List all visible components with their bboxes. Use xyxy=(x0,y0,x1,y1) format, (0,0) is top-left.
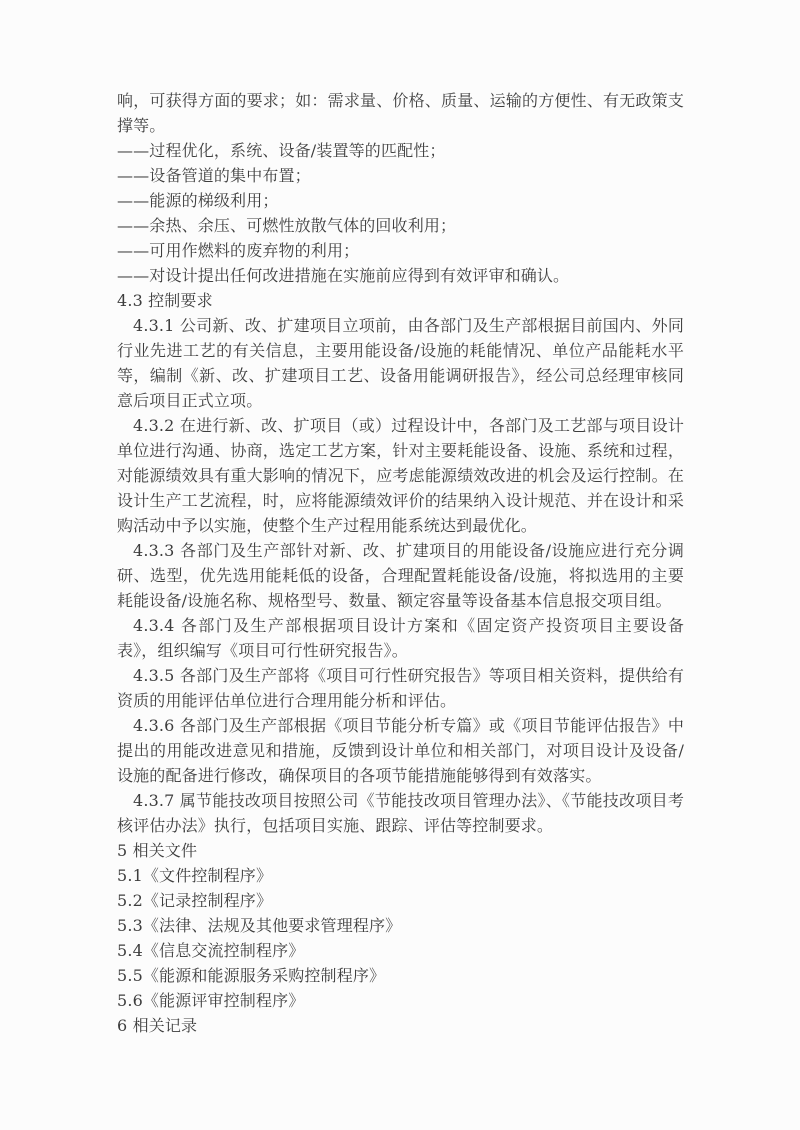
reference-item: 5.3《法律、法规及其他要求管理程序》 xyxy=(117,913,684,938)
numbered-paragraph: 4.3.6 各部门及生产部根据《项目节能分析专篇》或《项目节能评估报告》中提出的… xyxy=(117,713,684,788)
dash-list-item: ——能源的梯级利用； xyxy=(117,188,684,213)
document-page: 响，可获得方面的要求；如：需求量、价格、质量、运输的方便性、有无政策支撑等。——… xyxy=(0,0,800,1130)
dash-list-item: ——设备管道的集中布置； xyxy=(117,163,684,188)
dash-list-item: ——余热、余压、可燃性放散气体的回收利用； xyxy=(117,213,684,238)
numbered-paragraph: 4.3.7 属节能技改项目按照公司《节能技改项目管理办法》、《节能技改项目考核评… xyxy=(117,788,684,838)
numbered-paragraph: 4.3.4 各部门及生产部根据项目设计方案和《固定资产投资项目主要设备表》，组织… xyxy=(117,613,684,663)
reference-item: 5.4《信息交流控制程序》 xyxy=(117,938,684,963)
dash-list-item: ——对设计提出任何改进措施在实施前应得到有效评审和确认。 xyxy=(117,263,684,288)
numbered-paragraph: 4.3.5 各部门及生产部将《项目可行性研究报告》等项目相关资料，提供给有资质的… xyxy=(117,663,684,713)
numbered-paragraph: 4.3.1 公司新、改、扩建项目立项前，由各部门及生产部根据目前国内、外同行业先… xyxy=(117,313,684,413)
reference-item: 5.1《文件控制程序》 xyxy=(117,863,684,888)
dash-list-item: ——可用作燃料的废弃物的利用； xyxy=(117,238,684,263)
section-heading: 6 相关记录 xyxy=(117,1013,684,1038)
reference-item: 5.6《能源评审控制程序》 xyxy=(117,988,684,1013)
numbered-paragraph: 4.3.2 在进行新、改、扩项目（或）过程设计中，各部门及工艺部与项目设计单位进… xyxy=(117,413,684,538)
paragraph-continuation: 响，可获得方面的要求；如：需求量、价格、质量、运输的方便性、有无政策支撑等。 xyxy=(117,88,684,138)
reference-item: 5.2《记录控制程序》 xyxy=(117,888,684,913)
reference-item: 5.5《能源和能源服务采购控制程序》 xyxy=(117,963,684,988)
document-body: 响，可获得方面的要求；如：需求量、价格、质量、运输的方便性、有无政策支撑等。——… xyxy=(117,88,684,1038)
numbered-paragraph: 4.3.3 各部门及生产部针对新、改、扩建项目的用能设备/设施应进行充分调研、选… xyxy=(117,538,684,613)
dash-list-item: ——过程优化，系统、设备/装置等的匹配性； xyxy=(117,138,684,163)
section-heading: 5 相关文件 xyxy=(117,838,684,863)
section-heading: 4.3 控制要求 xyxy=(117,288,684,313)
